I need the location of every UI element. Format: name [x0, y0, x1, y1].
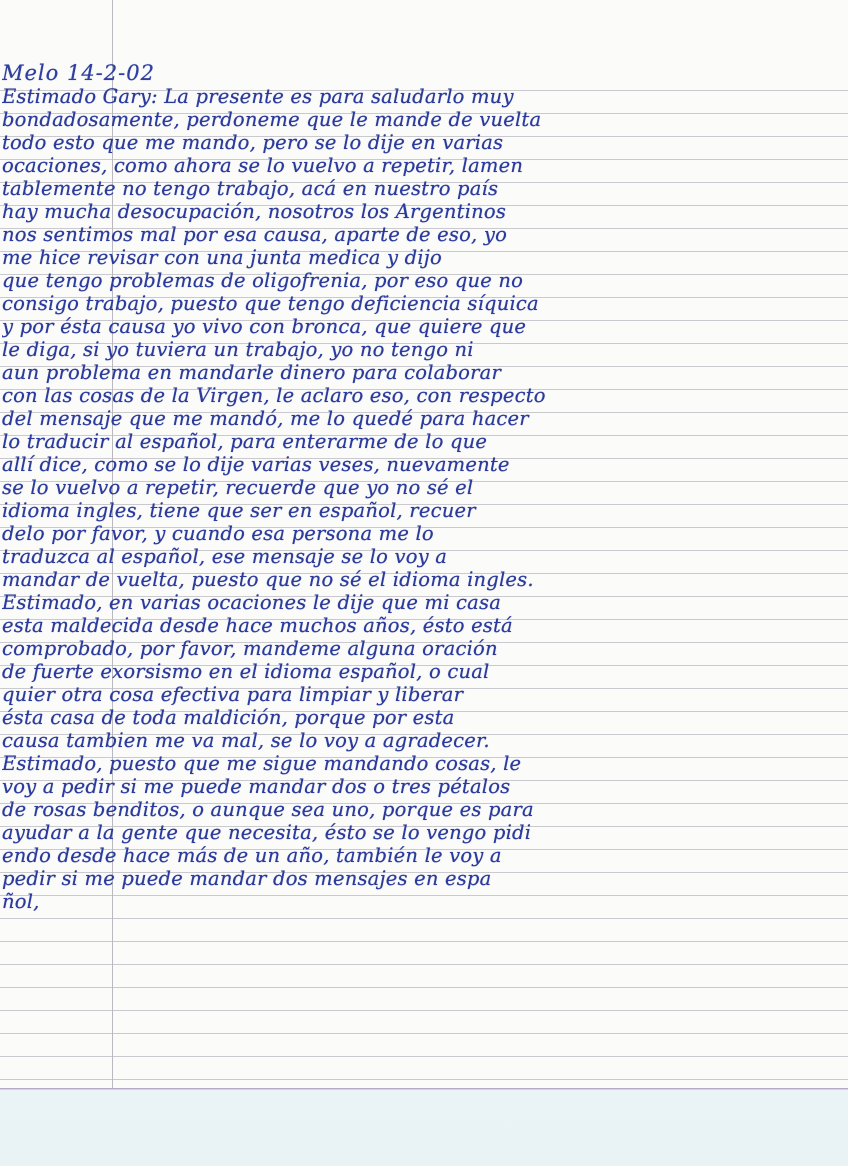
- letter-line: mandar de vuelta, puesto que no sé el id…: [2, 568, 848, 591]
- letter-line: con las cosas de la Virgen, le aclaro es…: [2, 384, 848, 407]
- letter-line: ayudar a la gente que necesita, ésto se …: [2, 821, 848, 844]
- letter-line: delo por favor, y cuando esa persona me …: [2, 522, 848, 545]
- letter-line: quier otra cosa efectiva para limpiar y …: [2, 683, 848, 706]
- letter-line: tablemente no tengo trabajo, acá en nues…: [2, 177, 848, 200]
- letter-place-date: Melo 14-2-02: [2, 62, 848, 85]
- letter-line: hay mucha desocupación, nosotros los Arg…: [2, 200, 848, 223]
- letter-line: aun problema en mandarle dinero para col…: [2, 361, 848, 384]
- letter-line: ñol,: [2, 890, 848, 913]
- letter-line: bondadosamente, perdoneme que le mande d…: [2, 108, 848, 131]
- letter-line: del mensaje que me mandó, me lo quedé pa…: [2, 407, 848, 430]
- letter-line: comprobado, por favor, mandeme alguna or…: [2, 637, 848, 660]
- letter-line: traduzca al español, ese mensaje se lo v…: [2, 545, 848, 568]
- lined-paper-sheet: Melo 14-2-02 Estimado Gary: La presente …: [0, 0, 848, 1089]
- letter-line: allí dice, como se lo dije varias veses,…: [2, 453, 848, 476]
- letter-line: voy a pedir si me puede mandar dos o tre…: [2, 775, 848, 798]
- letter-line: que tengo problemas de oligofrenia, por …: [2, 269, 848, 292]
- letter-line: todo esto que me mando, pero se lo dije …: [2, 131, 848, 154]
- letter-line: nos sentimos mal por esa causa, aparte d…: [2, 223, 848, 246]
- letter-line: le diga, si yo tuviera un trabajo, yo no…: [2, 338, 848, 361]
- letter-line: endo desde hace más de un año, también l…: [2, 844, 848, 867]
- letter-line: consigo trabajo, puesto que tengo defici…: [2, 292, 848, 315]
- letter-line: se lo vuelvo a repetir, recuerde que yo …: [2, 476, 848, 499]
- letter-line: idioma ingles, tiene que ser en español,…: [2, 499, 848, 522]
- letter-line: lo traducir al español, para enterarme d…: [2, 430, 848, 453]
- letter-body: Melo 14-2-02 Estimado Gary: La presente …: [2, 62, 848, 913]
- letter-line: causa tambien me va mal, se lo voy a agr…: [2, 729, 848, 752]
- letter-line: y por ésta causa yo vivo con bronca, que…: [2, 315, 848, 338]
- letter-line: ocaciones, como ahora se lo vuelvo a rep…: [2, 154, 848, 177]
- letter-line: ésta casa de toda maldición, porque por …: [2, 706, 848, 729]
- letter-line: de rosas benditos, o aunque sea uno, por…: [2, 798, 848, 821]
- letter-line: esta maldecida desde hace muchos años, é…: [2, 614, 848, 637]
- letter-line: pedir si me puede mandar dos mensajes en…: [2, 867, 848, 890]
- letter-line: de fuerte exorsismo en el idioma español…: [2, 660, 848, 683]
- paper-top-margin: [0, 0, 848, 68]
- letter-line: Estimado, puesto que me sigue mandando c…: [2, 752, 848, 775]
- letter-line: Estimado, en varias ocaciones le dije qu…: [2, 591, 848, 614]
- letter-line: me hice revisar con una junta medica y d…: [2, 246, 848, 269]
- letter-line: Estimado Gary: La presente es para salud…: [2, 85, 848, 108]
